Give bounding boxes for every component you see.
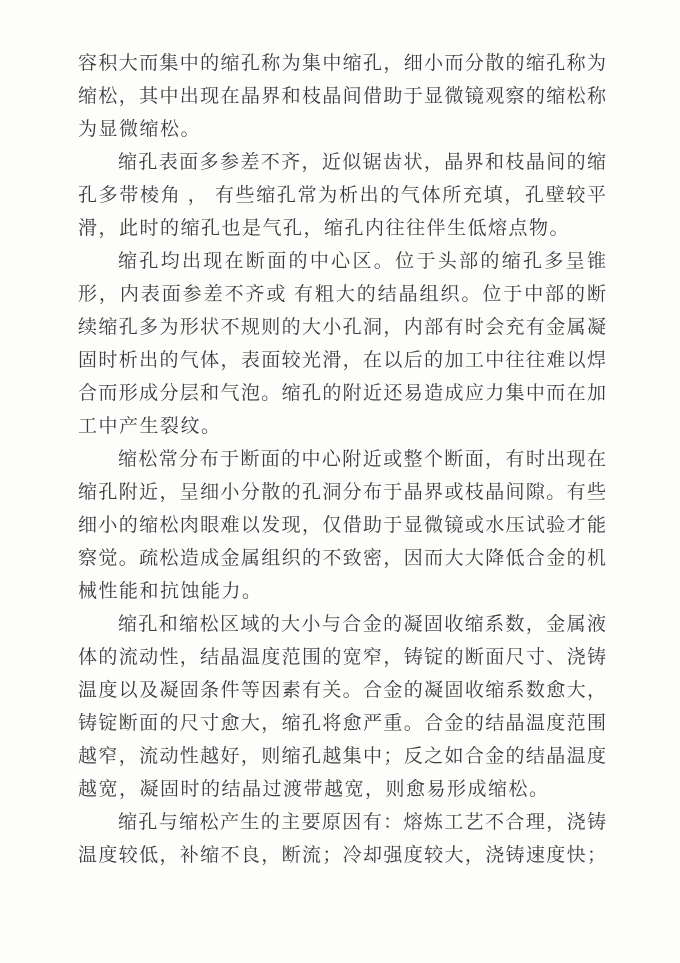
- text-line: 越窄，流动性越好，则缩孔越集中；反之如合金的结晶温度: [78, 740, 606, 773]
- text-line: 铸锭断面的尺寸愈大，缩孔将愈严重。合金的结晶温度范围: [78, 707, 606, 740]
- paragraph: 缩孔均出现在断面的中心区。位于头部的缩孔多呈锥 形，内表面参差不齐或 有粗大的结…: [78, 245, 606, 443]
- text-line: 温度较低，补缩不良，断流；冷却强度较大，浇铸速度快；: [78, 839, 606, 872]
- text-line: 滑，此时的缩孔也是气孔，缩孔内往往伴生低熔点物。: [78, 212, 606, 245]
- paragraph: 缩孔与缩松产生的主要原因有：熔炼工艺不合理，浇铸 温度较低，补缩不良，断流；冷却…: [78, 806, 606, 872]
- document-page: 容积大而集中的缩孔称为集中缩孔，细小而分散的缩孔称为 缩松，其中出现在晶界和枝晶…: [0, 0, 680, 963]
- text-line: 缩松常分布于断面的中心附近或整个断面，有时出现在: [78, 443, 606, 476]
- text-line: 孔多带棱角 ， 有些缩孔常为析出的气体所充填，孔壁较平: [78, 179, 606, 212]
- text-line: 缩松，其中出现在晶界和枝晶间借助于显微镜观察的缩松称: [78, 80, 606, 113]
- text-line: 械性能和抗蚀能力。: [78, 575, 606, 608]
- text-line: 合而形成分层和气泡。缩孔的附近还易造成应力集中而在加: [78, 377, 606, 410]
- text-line: 缩孔表面多参差不齐，近似锯齿状，晶界和枝晶间的缩: [78, 146, 606, 179]
- paragraph: 缩松常分布于断面的中心附近或整个断面，有时出现在 缩孔附近，呈细小分散的孔洞分布…: [78, 443, 606, 608]
- text-line: 工中产生裂纹。: [78, 410, 606, 443]
- text-line: 容积大而集中的缩孔称为集中缩孔，细小而分散的缩孔称为: [78, 47, 606, 80]
- text-line: 为显微缩松。: [78, 113, 606, 146]
- paragraph: 缩孔表面多参差不齐，近似锯齿状，晶界和枝晶间的缩 孔多带棱角 ， 有些缩孔常为析…: [78, 146, 606, 245]
- paragraph: 缩孔和缩松区域的大小与合金的凝固收缩系数，金属液 体的流动性，结晶温度范围的宽窄…: [78, 608, 606, 806]
- text-block: 容积大而集中的缩孔称为集中缩孔，细小而分散的缩孔称为 缩松，其中出现在晶界和枝晶…: [78, 47, 606, 872]
- text-line: 缩孔与缩松产生的主要原因有：熔炼工艺不合理，浇铸: [78, 806, 606, 839]
- text-line: 固时析出的气体，表面较光滑，在以后的加工中往往难以焊: [78, 344, 606, 377]
- text-line: 缩孔和缩松区域的大小与合金的凝固收缩系数，金属液: [78, 608, 606, 641]
- text-line: 温度以及凝固条件等因素有关。合金的凝固收缩系数愈大，: [78, 674, 606, 707]
- text-line: 越宽，凝固时的结晶过渡带越宽，则愈易形成缩松。: [78, 773, 606, 806]
- text-line: 缩孔附近，呈细小分散的孔洞分布于晶界或枝晶间隙。有些: [78, 476, 606, 509]
- text-line: 缩孔均出现在断面的中心区。位于头部的缩孔多呈锥: [78, 245, 606, 278]
- text-line: 察觉。疏松造成金属组织的不致密，因而大大降低合金的机: [78, 542, 606, 575]
- paragraph: 容积大而集中的缩孔称为集中缩孔，细小而分散的缩孔称为 缩松，其中出现在晶界和枝晶…: [78, 47, 606, 146]
- text-line: 细小的缩松肉眼难以发现，仅借助于显微镜或水压试验才能: [78, 509, 606, 542]
- text-line: 体的流动性，结晶温度范围的宽窄，铸锭的断面尺寸、浇铸: [78, 641, 606, 674]
- text-line: 形，内表面参差不齐或 有粗大的结晶组织。位于中部的断: [78, 278, 606, 311]
- text-line: 续缩孔多为形状不规则的大小孔洞，内部有时会充有金属凝: [78, 311, 606, 344]
